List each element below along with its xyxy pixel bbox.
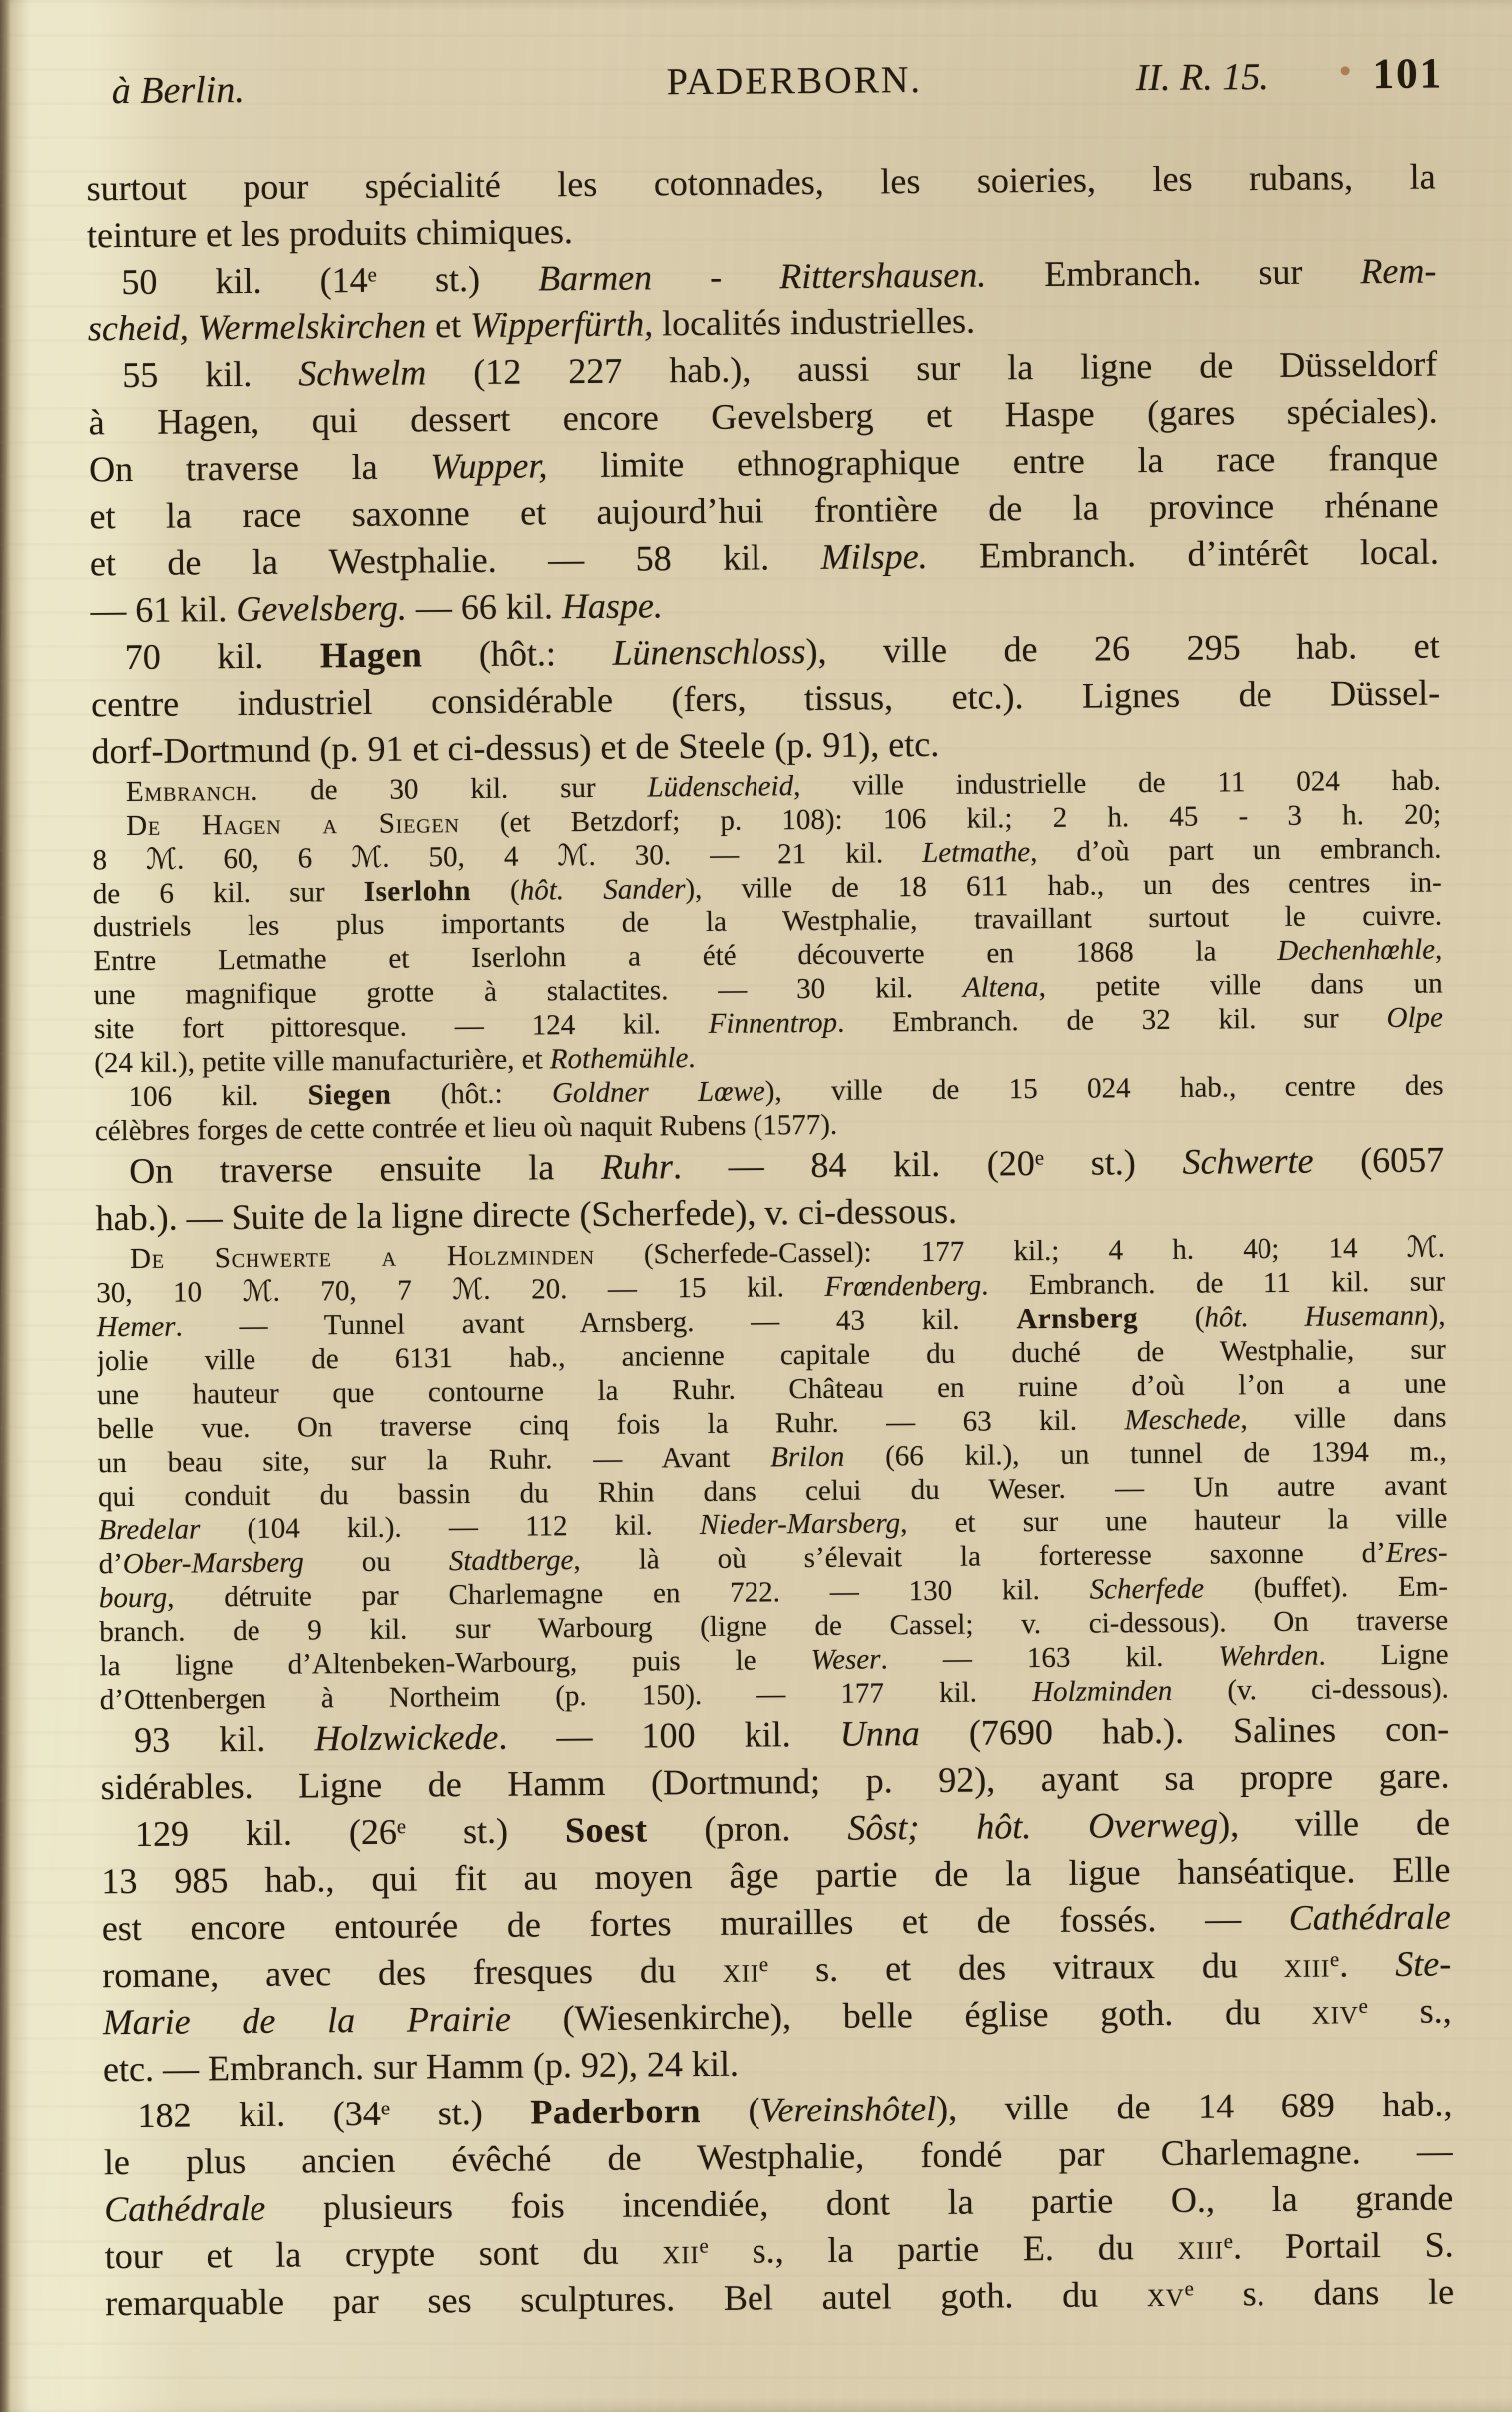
route-reference: II. R. 15. [1136,55,1269,100]
paragraph: 129 kil. (26e st.) Soest (pron. Sôst; hô… [101,1799,1452,2093]
running-head-left: à Berlin. [112,68,245,113]
page-number: 101 [1372,49,1443,99]
paragraph: De Hagen a Siegen (et Betzdorf; p. 108):… [92,798,1443,1081]
scanned-page: à Berlin. PADERBORN. II. R. 15. 101 surt… [86,50,1455,2328]
paragraph: 70 kil. Hagen (hôt.: Lünenschloss), vill… [91,623,1441,776]
paragraph: surtout pour spécialité les cotonnades, … [86,154,1436,260]
paragraph: 55 kil. Schwelm (12 227 hab.), aussi sur… [88,341,1439,635]
paragraph: 50 kil. (14e st.) Barmen - Rittershausen… [87,248,1437,353]
paragraph: De Schwerte a Holzminden (Scherfede-Cass… [96,1231,1449,1718]
page-header: à Berlin. PADERBORN. II. R. 15. 101 [86,50,1436,158]
paragraph: 182 kil. (34e st.) Paderborn (Vereinshôt… [103,2081,1454,2327]
paragraph: 93 kil. Holzwickede. — 100 kil. Unna (76… [100,1705,1450,1811]
text-block: surtout pour spécialité les cotonnades, … [86,154,1454,2328]
paragraph: On traverse ensuite la Ruhr. — 84 kil. (… [95,1137,1445,1243]
foxing-speck [1341,66,1350,75]
running-head-title: PADERBORN. [667,58,923,104]
paragraph: 106 kil. Siegen (hôt.: Goldner Lœwe), vi… [94,1069,1444,1149]
